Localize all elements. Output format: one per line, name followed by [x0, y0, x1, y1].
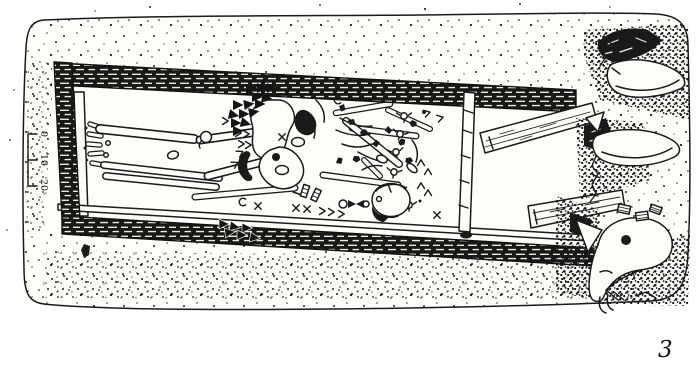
figure-number: 3 — [658, 337, 673, 363]
scale-label-10: 10 — [38, 154, 49, 166]
scale-label-20: 20 — [38, 179, 49, 191]
plan-drawing: 0 10 20 3 — [0, 0, 700, 379]
archaeological-burial-plan-figure: 0 10 20 3 — [0, 0, 700, 379]
scale-label-0: 0 — [38, 131, 49, 137]
horse-skull-eye — [621, 235, 631, 245]
